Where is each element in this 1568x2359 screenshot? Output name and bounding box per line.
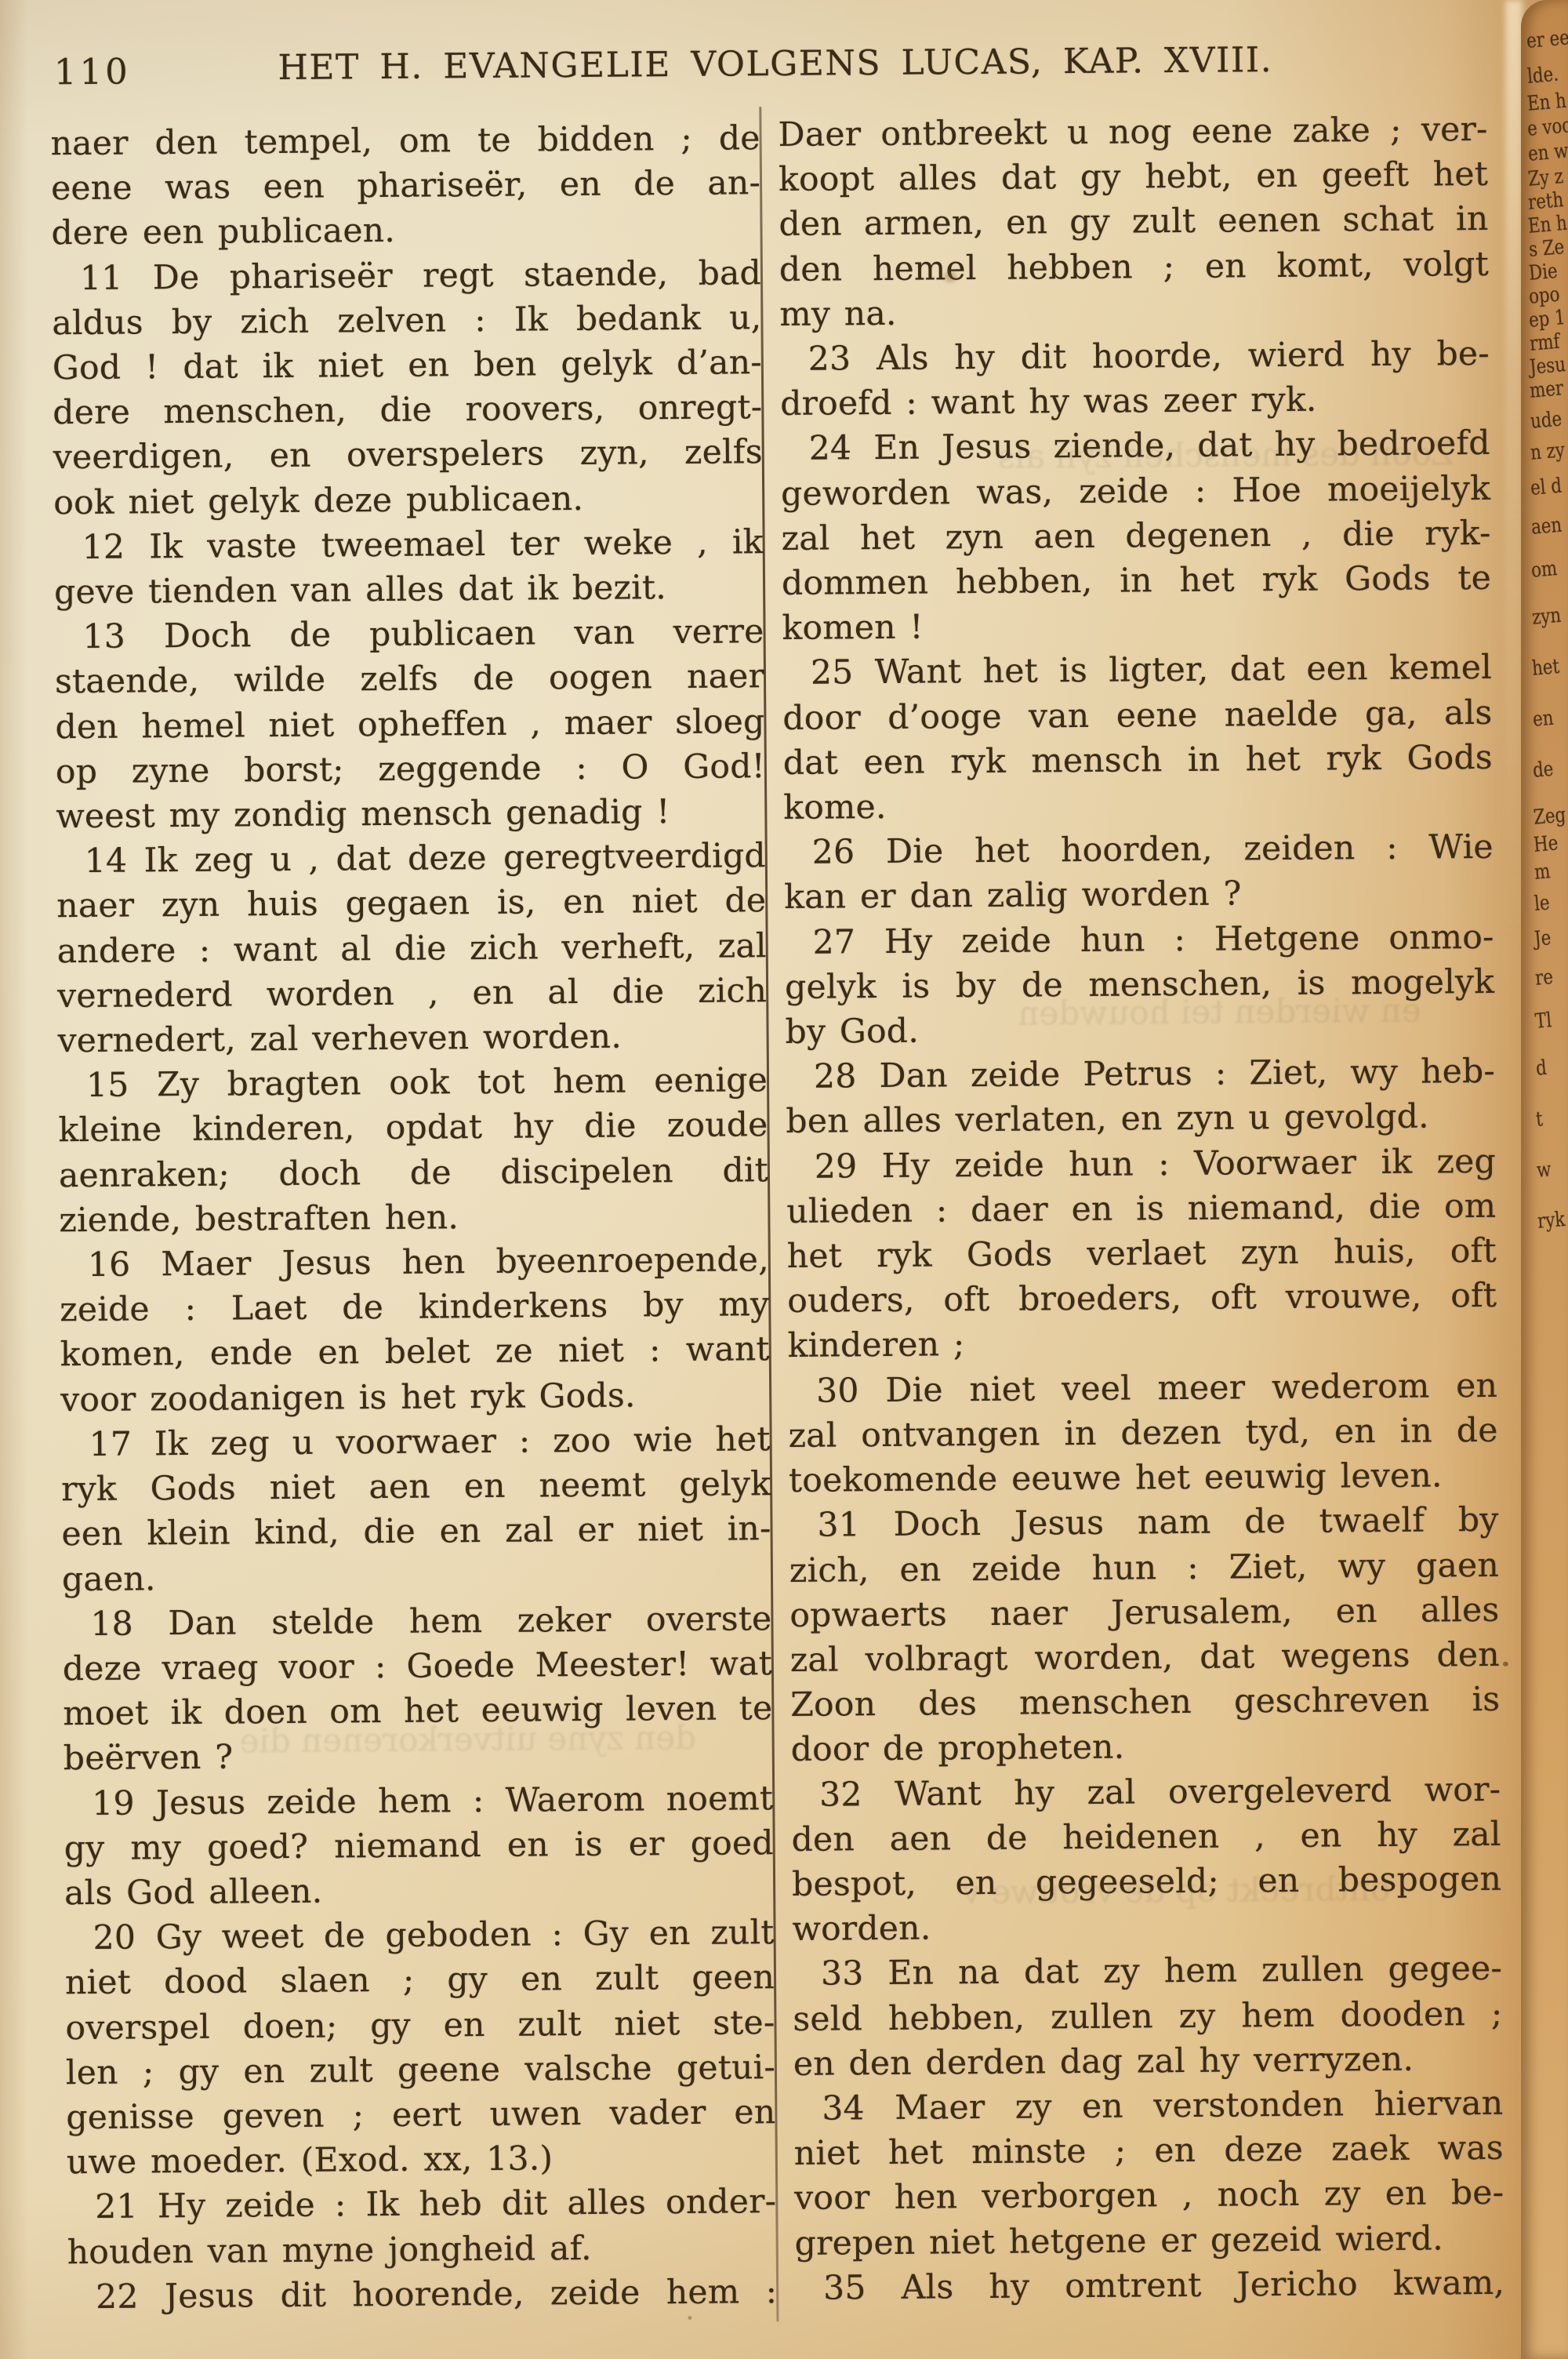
text-line: deze vraeg voor : Goede Meester! wat (63, 1641, 772, 1692)
text-line: 30 Die niet veel meer wederom en (788, 1364, 1497, 1414)
edge-text-fragment: Je (1534, 928, 1552, 950)
edge-text-fragment: re (1534, 967, 1554, 989)
text-line: ryk Gods niet aen en neemt gelyk (61, 1462, 771, 1512)
ink-speck (688, 2316, 691, 2320)
text-line: koopt alles dat gy hebt, en geeft het (779, 152, 1488, 202)
bleed-through-ghost-text: Zoon des menschen zyn als (998, 434, 1455, 476)
text-line: niet het minste ; en deze zaek was (794, 2126, 1504, 2176)
text-line: toekomende eeuwe het eeuwig leven. (789, 1453, 1498, 1503)
text-line: en den derden dag zal hy verryzen. (793, 2037, 1503, 2087)
text-line: den hemel niet opheffen , maer sloeg (55, 700, 764, 750)
text-line: 21 Hy zeide : Ik heb dit alles onder- (67, 2179, 776, 2230)
text-line: droefd : want hy was zeer ryk. (780, 376, 1490, 427)
text-line: 16 Maer Jesus hen byeenroepende, (60, 1238, 769, 1288)
text-line: 27 Hy zeide hun : Hetgene onmo- (784, 915, 1494, 965)
text-line: dere menschen, die roovers, onregt- (53, 385, 762, 435)
text-line: Daer ontbreekt u nog eene zake ; ver- (778, 107, 1487, 158)
text-line: houden van myne jongheid af. (67, 2225, 777, 2275)
ink-speck (1503, 1662, 1508, 1667)
text-line: my na. (779, 287, 1489, 337)
edge-text-fragment: lde. (1526, 64, 1559, 87)
text-line: 23 Als hy dit hoorde, wierd hy be- (780, 332, 1490, 382)
text-line: staende, wilde zelfs de oogen naer (55, 655, 764, 705)
text-line: 25 Want het is ligter, dat een kemel (782, 645, 1492, 696)
text-line: 32 Want hy zal overgeleverd wor- (791, 1767, 1501, 1817)
edge-text-fragment: de (1532, 759, 1554, 781)
text-line: zal het zyn aen degenen , die ryk- (781, 511, 1490, 562)
edge-text-fragment: He (1533, 833, 1559, 856)
text-line: 31 Doch Jesus nam de twaelf by (789, 1498, 1498, 1548)
text-line: door de propheten. (791, 1722, 1501, 1772)
edge-text-fragment: En h (1527, 213, 1568, 237)
text-line: 34 Maer zy en verstonden hiervan (793, 2081, 1503, 2132)
text-line: 12 Ik vaste tweemael ter weke , ik (53, 520, 763, 570)
text-line: zal volbragt worden, dat wegens den (790, 1633, 1500, 1683)
text-line: zich, en zeide hun : Ziet, wy gaen (789, 1543, 1499, 1593)
text-line: Zoon des menschen geschreven is (790, 1677, 1500, 1728)
text-line: kinderen ; (787, 1318, 1497, 1369)
page-header-title: HET H. EVANGELIE VOLGENS LUCAS, KAP. XVI… (227, 40, 1324, 89)
text-line: aldus by zich zelven : Ik bedank u, (52, 296, 761, 346)
text-line: 15 Zy bragten ook tot hem eenige (58, 1058, 768, 1108)
scanned-page: 110 HET H. EVANGELIE VOLGENS LUCAS, KAP.… (0, 0, 1568, 2359)
text-line: 33 En na dat zy hem zullen gegee- (793, 1946, 1502, 1997)
text-line: voor zoodanigen is het ryk Gods. (60, 1372, 770, 1423)
text-line: eene was een phariseër, en de an- (51, 161, 760, 211)
text-line: ben alles verlaten, en zyn u gevolgd. (786, 1094, 1495, 1144)
text-line: gy my goed? niemand en is er goed (64, 1821, 773, 1871)
text-line: 35 Als hy omtrent Jericho kwam, (795, 2261, 1504, 2311)
edge-text-fragment: n zy (1530, 440, 1566, 463)
text-line: aenraken; doch de discipelen dit (59, 1148, 768, 1198)
edge-text-fragment: el d (1530, 476, 1563, 499)
bleed-through-ghost-text: ontbreekt op de vrouwe v (962, 1870, 1391, 1911)
edge-text-fragment: s Ze (1528, 237, 1565, 260)
bleed-through-ghost-text: den zyne uitverkorenen die (239, 1718, 696, 1761)
text-line: gaen. (62, 1552, 771, 1602)
text-line: dat een ryk mensch in het ryk Gods (783, 736, 1493, 786)
text-line: als God alleen. (64, 1866, 774, 1916)
edge-text-fragment: reth (1527, 190, 1564, 213)
text-line: komen ! (782, 601, 1491, 651)
text-line: kan er dan zalig worden ? (784, 870, 1494, 920)
edge-text-fragment: opo (1528, 285, 1560, 307)
edge-text-fragment: om (1530, 558, 1558, 581)
edge-text-fragment: Tl (1534, 1010, 1552, 1032)
text-line: 29 Hy zeide hun : Voorwaer ik zeg (786, 1140, 1496, 1190)
edge-text-fragment: aen (1530, 515, 1563, 538)
edge-text-fragment: zyn (1531, 605, 1562, 628)
edge-text-fragment: w (1536, 1159, 1552, 1180)
edge-text-fragment: Die (1528, 261, 1559, 284)
text-line: den armen, en gy zult eenen schat in (779, 197, 1488, 247)
text-line: kome. (783, 780, 1493, 831)
book-page-scan: { "page": { "number": "110", "title": "H… (0, 0, 1568, 2359)
text-line: len ; gy en zult geene valsche getui- (66, 2045, 775, 2095)
text-line: weest my zondig mensch genadig ! (56, 789, 765, 839)
edge-text-fragment: Jesu (1529, 354, 1566, 378)
text-line: genisse geven ; eert uwen vader en (66, 2090, 775, 2140)
text-line: ouders, oft broeders, oft vrouwe, oft (787, 1274, 1497, 1324)
text-line: 17 Ik zeg u voorwaer : zoo wie het (60, 1417, 770, 1467)
text-line: een klein kind, die en zal er niet in- (61, 1507, 771, 1557)
text-line: op zyne borst; zeggende : O God! (56, 744, 765, 794)
text-line: dere een publicaen. (51, 206, 760, 256)
text-line: andere : want al die zich verheft, zal (56, 924, 766, 974)
text-line: vernedert, zal verheven worden. (57, 1013, 767, 1063)
edge-text-fragment: Zy z (1527, 166, 1564, 190)
edge-text-fragment: het (1531, 656, 1560, 679)
edge-text-fragment: ude (1530, 409, 1563, 432)
text-line: ulieden : daer en is niemand, die om (786, 1184, 1496, 1234)
edge-text-fragment: d (1535, 1058, 1548, 1079)
edge-text-fragment: en w (1527, 141, 1568, 165)
edge-text-fragment: e voor (1526, 114, 1568, 140)
edge-text-fragment: En h (1526, 91, 1567, 114)
edge-text-fragment: ep 1 (1528, 307, 1566, 331)
edge-text-fragment: Zeg (1533, 805, 1566, 827)
bleed-through-ghost-text: en wierden tei houwden (1018, 991, 1421, 1033)
text-line: grepen niet hetgene er gezeid wierd. (794, 2215, 1504, 2266)
text-line: uwe moeder. (Exod. xx, 13.) (67, 2135, 776, 2185)
text-line: niet dood slaen ; gy en zult geen (65, 1955, 775, 2005)
text-line: naer zyn huis gegaen is, en niet de (56, 879, 766, 929)
text-line: ziende, bestraften hen. (59, 1193, 768, 1243)
text-line: zal ontvangen in dezen tyd, en in de (788, 1408, 1497, 1459)
ink-speck (281, 1935, 284, 1938)
text-line: naer den tempel, om te bidden ; de (50, 116, 760, 166)
text-line: seld hebben, zullen zy hem dooden ; (793, 1991, 1502, 2041)
edge-text-fragment: m (1534, 861, 1551, 883)
edge-text-fragment: en (1532, 708, 1555, 730)
edge-text-fragment: mer (1529, 378, 1564, 402)
text-line: den aen de heidenen , en hy zal (791, 1812, 1501, 1863)
text-line: 18 Dan stelde hem zeker overste (62, 1597, 771, 1647)
text-line: veerdigen, en overspelers zyn, zelfs (53, 431, 763, 481)
text-line: ook niet gelyk deze publicaen. (53, 475, 763, 525)
text-line: kleine kinderen, opdat hy die zoude (58, 1103, 768, 1154)
edge-text-fragment: t (1535, 1109, 1544, 1130)
page-number: 110 (54, 51, 131, 93)
text-line: 11 De phariseër regt staende, bad (52, 251, 761, 301)
text-line: geve tienden van alles dat ik bezit. (54, 565, 764, 615)
text-line: 19 Jesus zeide hem : Waerom noemt (64, 1776, 773, 1826)
adjacent-page-edge: er eelde.En he vooren wZy zrethEn hs ZeD… (1521, 0, 1568, 2359)
text-line: overspel doen; gy en zult niet ste- (65, 2001, 775, 2051)
text-line: 20 Gy weet de geboden : Gy en zult (64, 1910, 774, 1961)
edge-text-fragment: er ee (1526, 27, 1568, 52)
page-fold-highlight (1505, 0, 1523, 941)
text-line: het ryk Gods verlaet zyn huis, oft (787, 1229, 1497, 1279)
left-text-column: naer den tempel, om te bidden ; deeene w… (50, 116, 777, 2320)
text-line: 14 Ik zeg u , dat deze geregtveerdigd (56, 834, 766, 884)
text-line: God ! dat ik niet en ben gelyk d’an- (53, 340, 762, 391)
paper-stain (944, 271, 956, 282)
text-line: komen, ende en belet ze niet : want (60, 1328, 770, 1378)
text-line: voor hen verborgen , noch zy en be- (794, 2171, 1504, 2221)
text-line: den hemel hebben ; en komt, volgt (779, 242, 1489, 293)
text-line: zeide : Laet de kinderkens by my (60, 1282, 769, 1332)
text-line: opwaerts naer Jerusalem, en alles (789, 1588, 1499, 1638)
text-line: door d’ooge van eene naelde ga, als (782, 691, 1492, 741)
edge-text-fragment: ryk (1537, 1209, 1566, 1232)
edge-text-fragment: le (1534, 892, 1551, 914)
edge-text-fragment: rmf (1529, 332, 1560, 354)
text-line: dommen hebben, in het ryk Gods te (782, 556, 1491, 606)
text-line: 22 Jesus dit hoorende, zeide hem : (67, 2270, 777, 2320)
text-line: 13 Doch de publicaen van verre (54, 609, 764, 660)
text-line: 28 Dan zeide Petrus : Ziet, wy heb- (786, 1049, 1495, 1100)
text-line: 26 Die het hoorden, zeiden : Wie (784, 825, 1494, 875)
text-line: vernederd worden , en al die zich (57, 969, 767, 1019)
